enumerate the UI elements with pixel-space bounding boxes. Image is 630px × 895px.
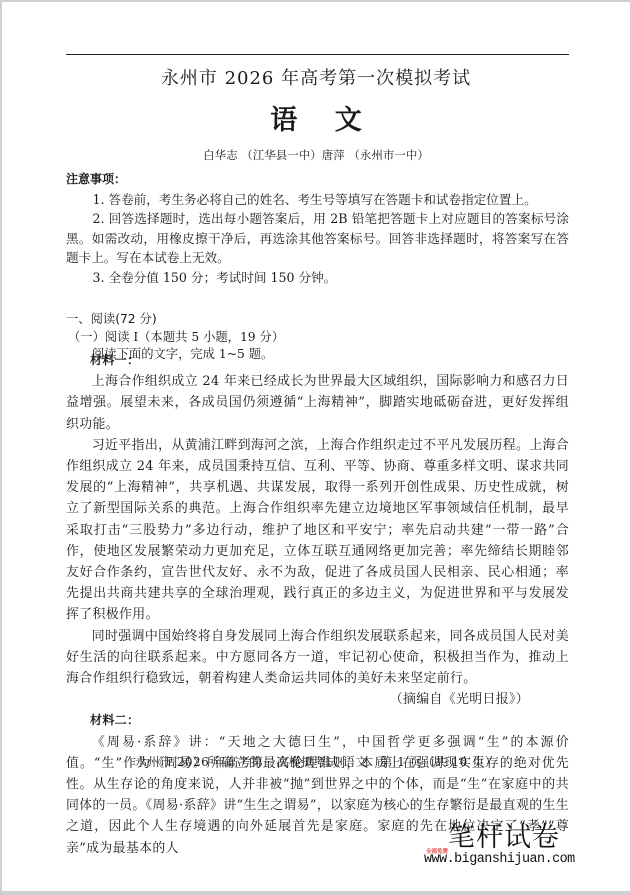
exam-title: 永州市 2026 年高考第一次模拟考试: [2, 64, 630, 90]
note-item: 2. 回答选择题时，选出每小题答案后，用 2B 铅笔把答题卡上对应题目的答案标号…: [66, 209, 569, 268]
watermark-url: www.biganshijuan.com: [424, 852, 575, 867]
watermark-logo: 全部免费 笔杆试卷 www.biganshijuan.com: [426, 817, 586, 877]
page-footer: 永州市 2026 年高考第一次模拟考试·语文 第 1 页（共 10 页）: [2, 753, 630, 770]
section-subheading: （一）阅读 I（本题共 5 小题，19 分）: [66, 329, 569, 347]
authors-line: 白华志 （江华县一中）唐萍 （永州市一中）: [2, 147, 630, 163]
section-heading: 一、阅读(72 分): [66, 311, 569, 329]
material-two-label: 材料二：: [66, 710, 569, 731]
note-item: 3. 全卷分值 150 分；考试时间 150 分钟。: [66, 268, 569, 288]
exam-page: 永州市 2026 年高考第一次模拟考试 语 文 白华志 （江华县一中）唐萍 （永…: [2, 2, 630, 891]
subject-title: 语 文: [2, 98, 630, 137]
notes-section: 注意事项： 1. 答卷前，考生务必将自己的姓名、考生号等填写在答题卡和试卷指定位…: [66, 170, 569, 287]
watermark-name: 笔杆试卷: [448, 815, 560, 854]
reading-passage: 材料一： 上海合作组织成立 24 年来已经成长为世界最大区域组织，国际影响力和感…: [66, 350, 569, 859]
source-citation: （摘编自《光明日报》）: [66, 689, 569, 710]
material-one-label: 材料一：: [66, 350, 569, 371]
paragraph: 习近平指出，从黄浦江畔到海河之滨，上海合作组织走过不平凡发展历程。上海合作组织成…: [66, 435, 569, 626]
note-item: 1. 答卷前，考生务必将自己的姓名、考生号等填写在答题卡和试卷指定位置上。: [66, 190, 569, 210]
paragraph: 同时强调中国始终将自身发展同上海合作组织发展联系起来，同各成员国人民对美好生活的…: [66, 626, 569, 690]
header-rule: [66, 54, 569, 55]
paragraph: 上海合作组织成立 24 年来已经成长为世界最大区域组织，国际影响力和感召力日益增…: [66, 371, 569, 435]
notes-heading: 注意事项：: [66, 170, 569, 190]
